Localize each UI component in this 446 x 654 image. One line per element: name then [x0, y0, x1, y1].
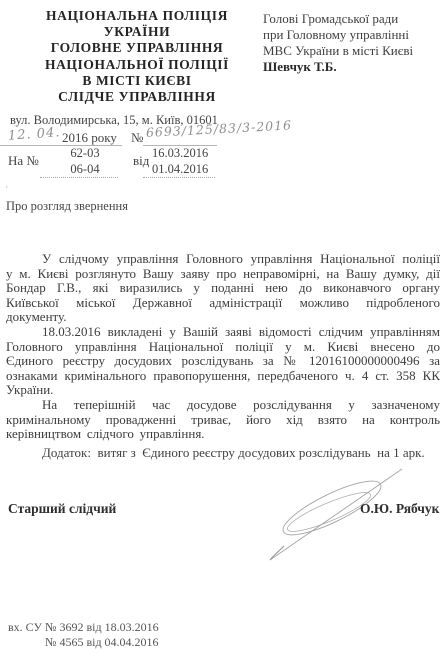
handwritten-date: 12. 04.	[8, 125, 61, 144]
signatory-position: Старший слідчий	[8, 501, 116, 517]
on-number-label: На №	[8, 153, 39, 169]
scanned-letter-page: НАЦІОНАЛЬНА ПОЛІЦІЯ УКРАЇНИ ГОЛОВНЕ УПРА…	[0, 0, 446, 654]
recipient-name: Шевчук Т.Б.	[263, 59, 438, 75]
letterhead-line: В МІСТІ КИЄВІ	[12, 73, 262, 89]
incoming-dates: 16.03.2016 01.04.2016	[152, 146, 218, 177]
signatory-name: О.Ю. Рябчук	[360, 501, 439, 517]
letterhead-line: НАЦІОНАЛЬНА ПОЛІЦІЯ	[12, 8, 262, 24]
recipient-line: Голові Громадської ради	[263, 11, 438, 27]
number-sign: №	[131, 130, 143, 146]
incoming-number-1: 62-03	[55, 146, 115, 162]
recipient-block: Голові Громадської ради при Головному уп…	[263, 11, 438, 75]
incoming-numbers-underline	[40, 177, 118, 178]
registration-entry: № 4565 від 04.04.2016	[45, 635, 159, 650]
incoming-date-1: 16.03.2016	[152, 146, 218, 162]
letterhead-line: ГОЛОВНЕ УПРАВЛІННЯ	[12, 40, 262, 56]
incoming-dates-underline	[143, 177, 215, 178]
attachment-line: Додаток: витяг з Єдиного реєстру досудов…	[42, 445, 425, 461]
letterhead-line: УКРАЇНИ	[12, 24, 262, 40]
letterhead-line: НАЦІОНАЛЬНОЇ ПОЛІЦІЇ	[12, 57, 262, 73]
recipient-line: при Головному управлінні	[263, 27, 438, 43]
body-paragraph: У слідчому управління Головного управлін…	[6, 252, 440, 325]
registration-footer: вх. СУ № 3692 від 18.03.2016 № 4565 від …	[8, 620, 159, 649]
recipient-line: МВС України в місті Києві	[263, 43, 438, 59]
body-paragraph: 18.03.2016 викладені у Вашій заяві відом…	[6, 325, 440, 398]
letterhead: НАЦІОНАЛЬНА ПОЛІЦІЯ УКРАЇНИ ГОЛОВНЕ УПРА…	[12, 8, 262, 105]
registration-entry: вх. СУ № 3692 від 18.03.2016	[8, 620, 159, 635]
letter-body: У слідчому управління Головного управлін…	[6, 252, 440, 442]
body-paragraph: На теперішній час досудове розслідування…	[6, 398, 440, 442]
from-label: від	[133, 153, 149, 169]
incoming-number-2: 06-04	[55, 162, 115, 178]
scan-artifact: ‚	[5, 179, 8, 190]
year-label: 2016 року	[62, 130, 117, 146]
letterhead-line: СЛІДЧЕ УПРАВЛІННЯ	[12, 89, 262, 105]
incoming-numbers: 62-03 06-04	[55, 146, 115, 177]
incoming-date-2: 01.04.2016	[152, 162, 218, 178]
subject-line: Про розгляд звернення	[6, 199, 128, 214]
